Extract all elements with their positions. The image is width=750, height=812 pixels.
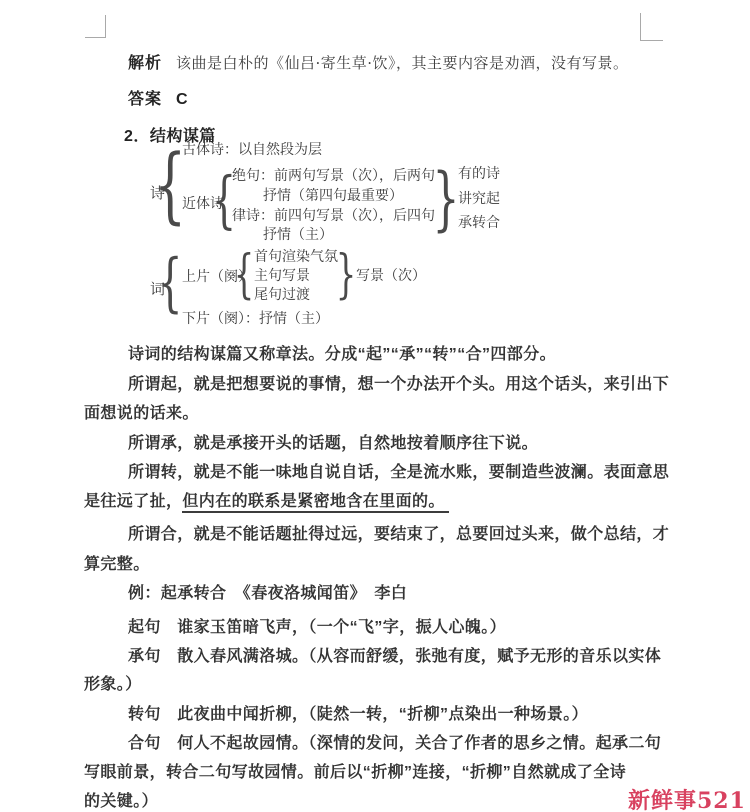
page-margin-mark-left-icon: [85, 15, 106, 38]
underlined-text: 但内在的联系是紧密地含在里面的。: [182, 493, 448, 513]
answer-label: 答案: [128, 91, 162, 108]
diagram-ci-item3: 尾句过渡: [254, 284, 310, 304]
document-page: 解析该曲是白朴的《仙吕·寄生草·饮》，其主要内容是劝酒，没有写景。 答案C 2．…: [0, 0, 750, 812]
body-line: 面想说的话来。: [84, 400, 199, 423]
body-line: 算完整。: [84, 551, 150, 574]
watermark: 新鲜事521: [628, 784, 746, 812]
diagram-shi-note-line2: 讲究起: [458, 188, 500, 208]
brace-open-icon: {: [165, 244, 175, 322]
diagram-shi-gutishi: 古体诗：以自然段为层: [182, 139, 322, 159]
body-line: 承句 散入春风满洛城。（从容而舒缓，张弛有度，赋予无形的音乐以实体: [128, 643, 661, 666]
body-line: 所谓起，就是把想要说的事情，想一个办法开个头。用这个话头，来引出下: [128, 371, 669, 394]
body-line: 写眼前景，转合二句写故园情。前后以“折柳”连接，“折柳”自然就成了全诗: [84, 759, 626, 782]
brace-close-icon: }: [441, 157, 451, 241]
answer-line: 答案C: [128, 86, 188, 109]
brace-close-icon: }: [341, 243, 351, 307]
body-line: 是往远了扯，但内在的联系是紧密地含在里面的。: [84, 488, 449, 511]
body-line: 所谓转，就是不能一味地自说自话，全是流水账，要制造些波澜。表面意思: [128, 459, 669, 482]
analysis-text: 该曲是白朴的《仙吕·寄生草·饮》，其主要内容是劝酒，没有写景。: [176, 54, 629, 72]
diagram-shi-lvshi-line2: 抒情（主）: [263, 224, 333, 244]
body-line: 所谓承，就是承接开头的话题，自然地按着顺序往下说。: [128, 430, 538, 453]
body-line: 所谓合，就是不能话题扯得过远，要结束了，总要回过头来，做个总结，才: [128, 521, 669, 544]
analysis-label: 解析: [128, 55, 162, 72]
body-line: 诗词的结构谋篇又称章法。分成“起”“承”“转”“合”四部分。: [128, 341, 556, 364]
body-line: 形象。）: [84, 671, 142, 694]
brace-open-icon: {: [219, 162, 229, 238]
brace-open-icon: {: [165, 136, 175, 236]
diagram-shi-note-line3: 承转合: [458, 212, 500, 232]
body-line-plain-text: 是往远了扯，: [84, 493, 182, 510]
diagram-ci-note: 写景（次）: [356, 265, 426, 285]
body-line: 的关键。）: [84, 788, 158, 811]
brace-open-icon: {: [239, 243, 249, 307]
body-line: 起句 谁家玉笛暗飞声，（一个“飞”字，振人心魄。）: [128, 614, 506, 637]
page-margin-mark-right-icon: [640, 13, 663, 41]
diagram-shi-jueju-line1: 绝句：前两句写景（次），后两句: [232, 165, 435, 185]
body-line: 转句 此夜曲中闻折柳，（陡然一转，“折柳”点染出一种场景。）: [128, 701, 588, 724]
diagram-ci-item1: 首句渲染气氛: [254, 246, 338, 266]
answer-value: C: [176, 91, 188, 108]
diagram-ci-xiapian: 下片（阕）：抒情（主）: [182, 308, 329, 328]
body-line: 例：起承转合 《春夜洛城闻笛》 李白: [128, 580, 407, 603]
analysis-line: 解析该曲是白朴的《仙吕·寄生草·饮》，其主要内容是劝酒，没有写景。: [128, 50, 629, 73]
diagram-shi-note-line1: 有的诗: [458, 163, 500, 183]
diagram-shi-jueju-line2: 抒情（第四句最重要）: [263, 185, 403, 205]
diagram-shi-lvshi-line1: 律诗：前四句写景（次），后四句: [232, 205, 435, 225]
diagram-ci-item2: 主句写景: [254, 265, 310, 285]
body-line: 合句 何人不起故园情。（深情的发问，关合了作者的思乡之情。起承二句: [128, 730, 661, 753]
